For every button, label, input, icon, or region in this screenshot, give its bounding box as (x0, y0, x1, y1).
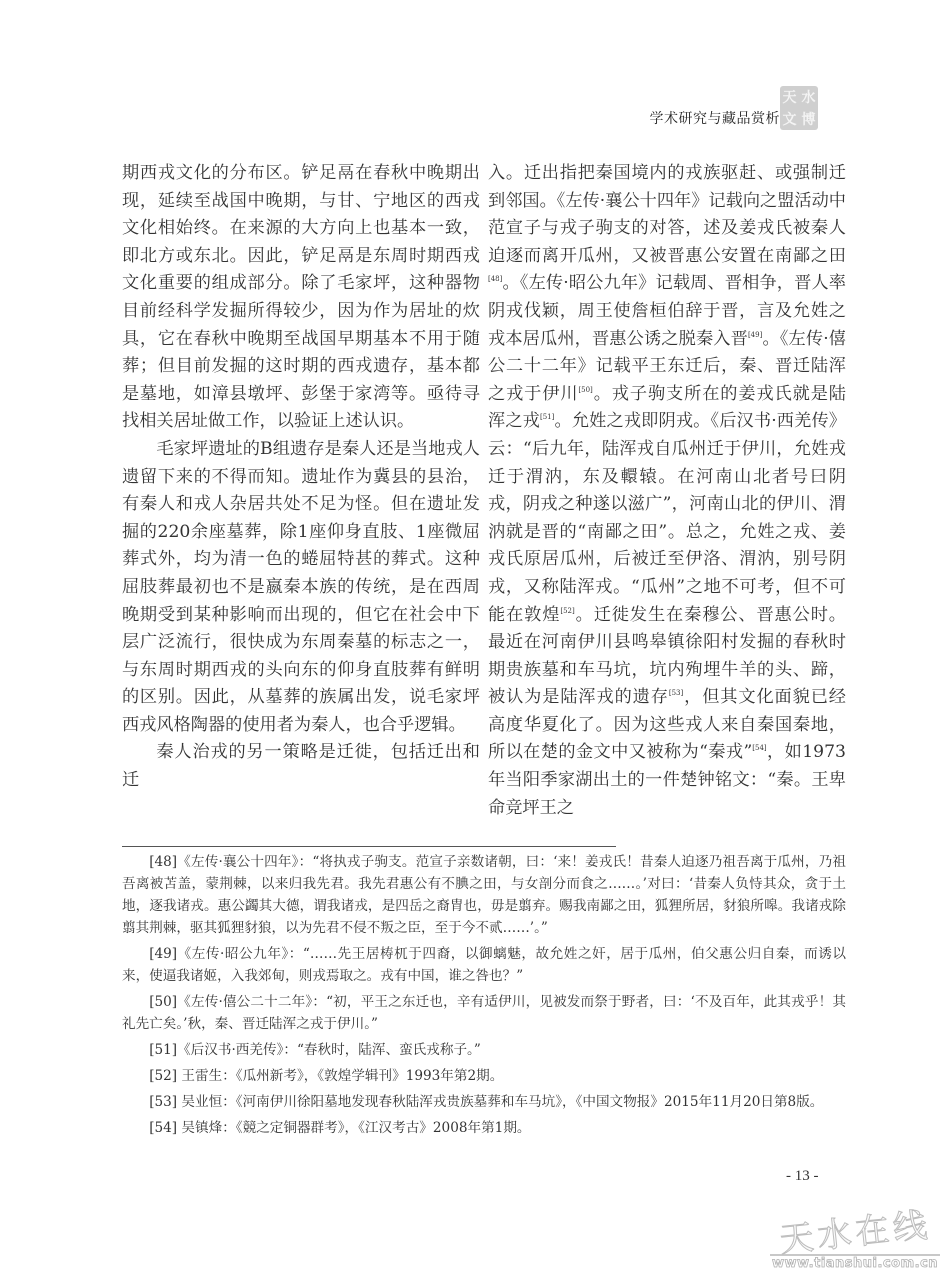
citation-53[interactable]: [53] (669, 689, 683, 697)
footnote-52: [52] 王雷生：《瓜州新考》，《敦煌学辑刊》1993年第2期。 (122, 1065, 846, 1087)
text-run: 。允姓之戎即阴戎。《后汉书·西羌传》云：“后九年，陆浑戎自瓜州迁于伊川，允姓戎迁… (488, 411, 846, 624)
paragraph: 毛家坪遗址的B组遗存是秦人还是当地戎人遗留下来的不得而知。遗址作为冀县的县治，有… (122, 436, 480, 740)
footnote-divider (122, 846, 616, 847)
logo-char: 水 (802, 87, 816, 107)
paragraph: 秦人治戎的另一策略是迁徙，包括迁出和迁 (122, 739, 480, 794)
paragraph: 入。迁出指把秦国境内的戎族驱赶、或强制迁到邻国。《左传·襄公十四年》记载向之盟活… (488, 160, 846, 822)
citation-52[interactable]: [52] (560, 607, 574, 615)
citation-48[interactable]: [48] (488, 275, 502, 283)
citation-51[interactable]: [51] (540, 413, 554, 421)
citation-50[interactable]: [50] (578, 386, 592, 394)
logo-char: 文 (783, 109, 797, 129)
citation-54[interactable]: [54] (752, 744, 766, 752)
logo: 天 水 文 博 (780, 86, 818, 130)
left-column: 期西戎文化的分布区。铲足鬲在春秋中晚期出现，延续至战国中晚期，与甘、宁地区的西戎… (122, 160, 480, 795)
logo-char: 天 (783, 87, 797, 107)
footnote-54: [54] 吴镇烽：《競之定铜器群考》，《江汉考古》2008年第1期。 (122, 1117, 846, 1139)
footnote-49: [49]《左传·昭公九年》：“……先王居梼杌于四裔，以御螭魅，故允姓之奸，居于瓜… (122, 943, 846, 987)
right-column: 入。迁出指把秦国境内的戎族驱赶、或强制迁到邻国。《左传·襄公十四年》记载向之盟活… (488, 160, 846, 822)
footnotes: [48]《左传·襄公十四年》：“将执戎子驹支。范宣子亲数诸朝，曰：‘来！姜戎氏！… (122, 851, 846, 1143)
section-header: 学术研究与藏品赏析 (600, 108, 780, 128)
footnote-53: [53] 吴业恒：《河南伊川徐阳墓地发现春秋陆浑戎贵族墓葬和车马坑》，《中国文物… (122, 1091, 846, 1113)
paragraph: 期西戎文化的分布区。铲足鬲在春秋中晚期出现，延续至战国中晚期，与甘、宁地区的西戎… (122, 160, 480, 436)
footnote-48: [48]《左传·襄公十四年》：“将执戎子驹支。范宣子亲数诸朝，曰：‘来！姜戎氏！… (122, 851, 846, 939)
footnote-51: [51]《后汉书·西羌传》：“春秋时，陆浑、蛮氏戎称子。” (122, 1039, 846, 1061)
watermark: 天水在线 www.tianshui.com.cn (760, 1205, 950, 1271)
page-number: - 13 - (786, 1168, 819, 1185)
logo-char: 博 (802, 109, 816, 129)
footnote-50: [50]《左传·僖公二十二年》：“初，平王之东迁也，辛有适伊川，见被发而祭于野者… (122, 991, 846, 1035)
text-run: 入。迁出指把秦国境内的戎族驱赶、或强制迁到邻国。《左传·襄公十四年》记载向之盟活… (488, 163, 846, 266)
citation-49[interactable]: [49] (748, 331, 762, 339)
